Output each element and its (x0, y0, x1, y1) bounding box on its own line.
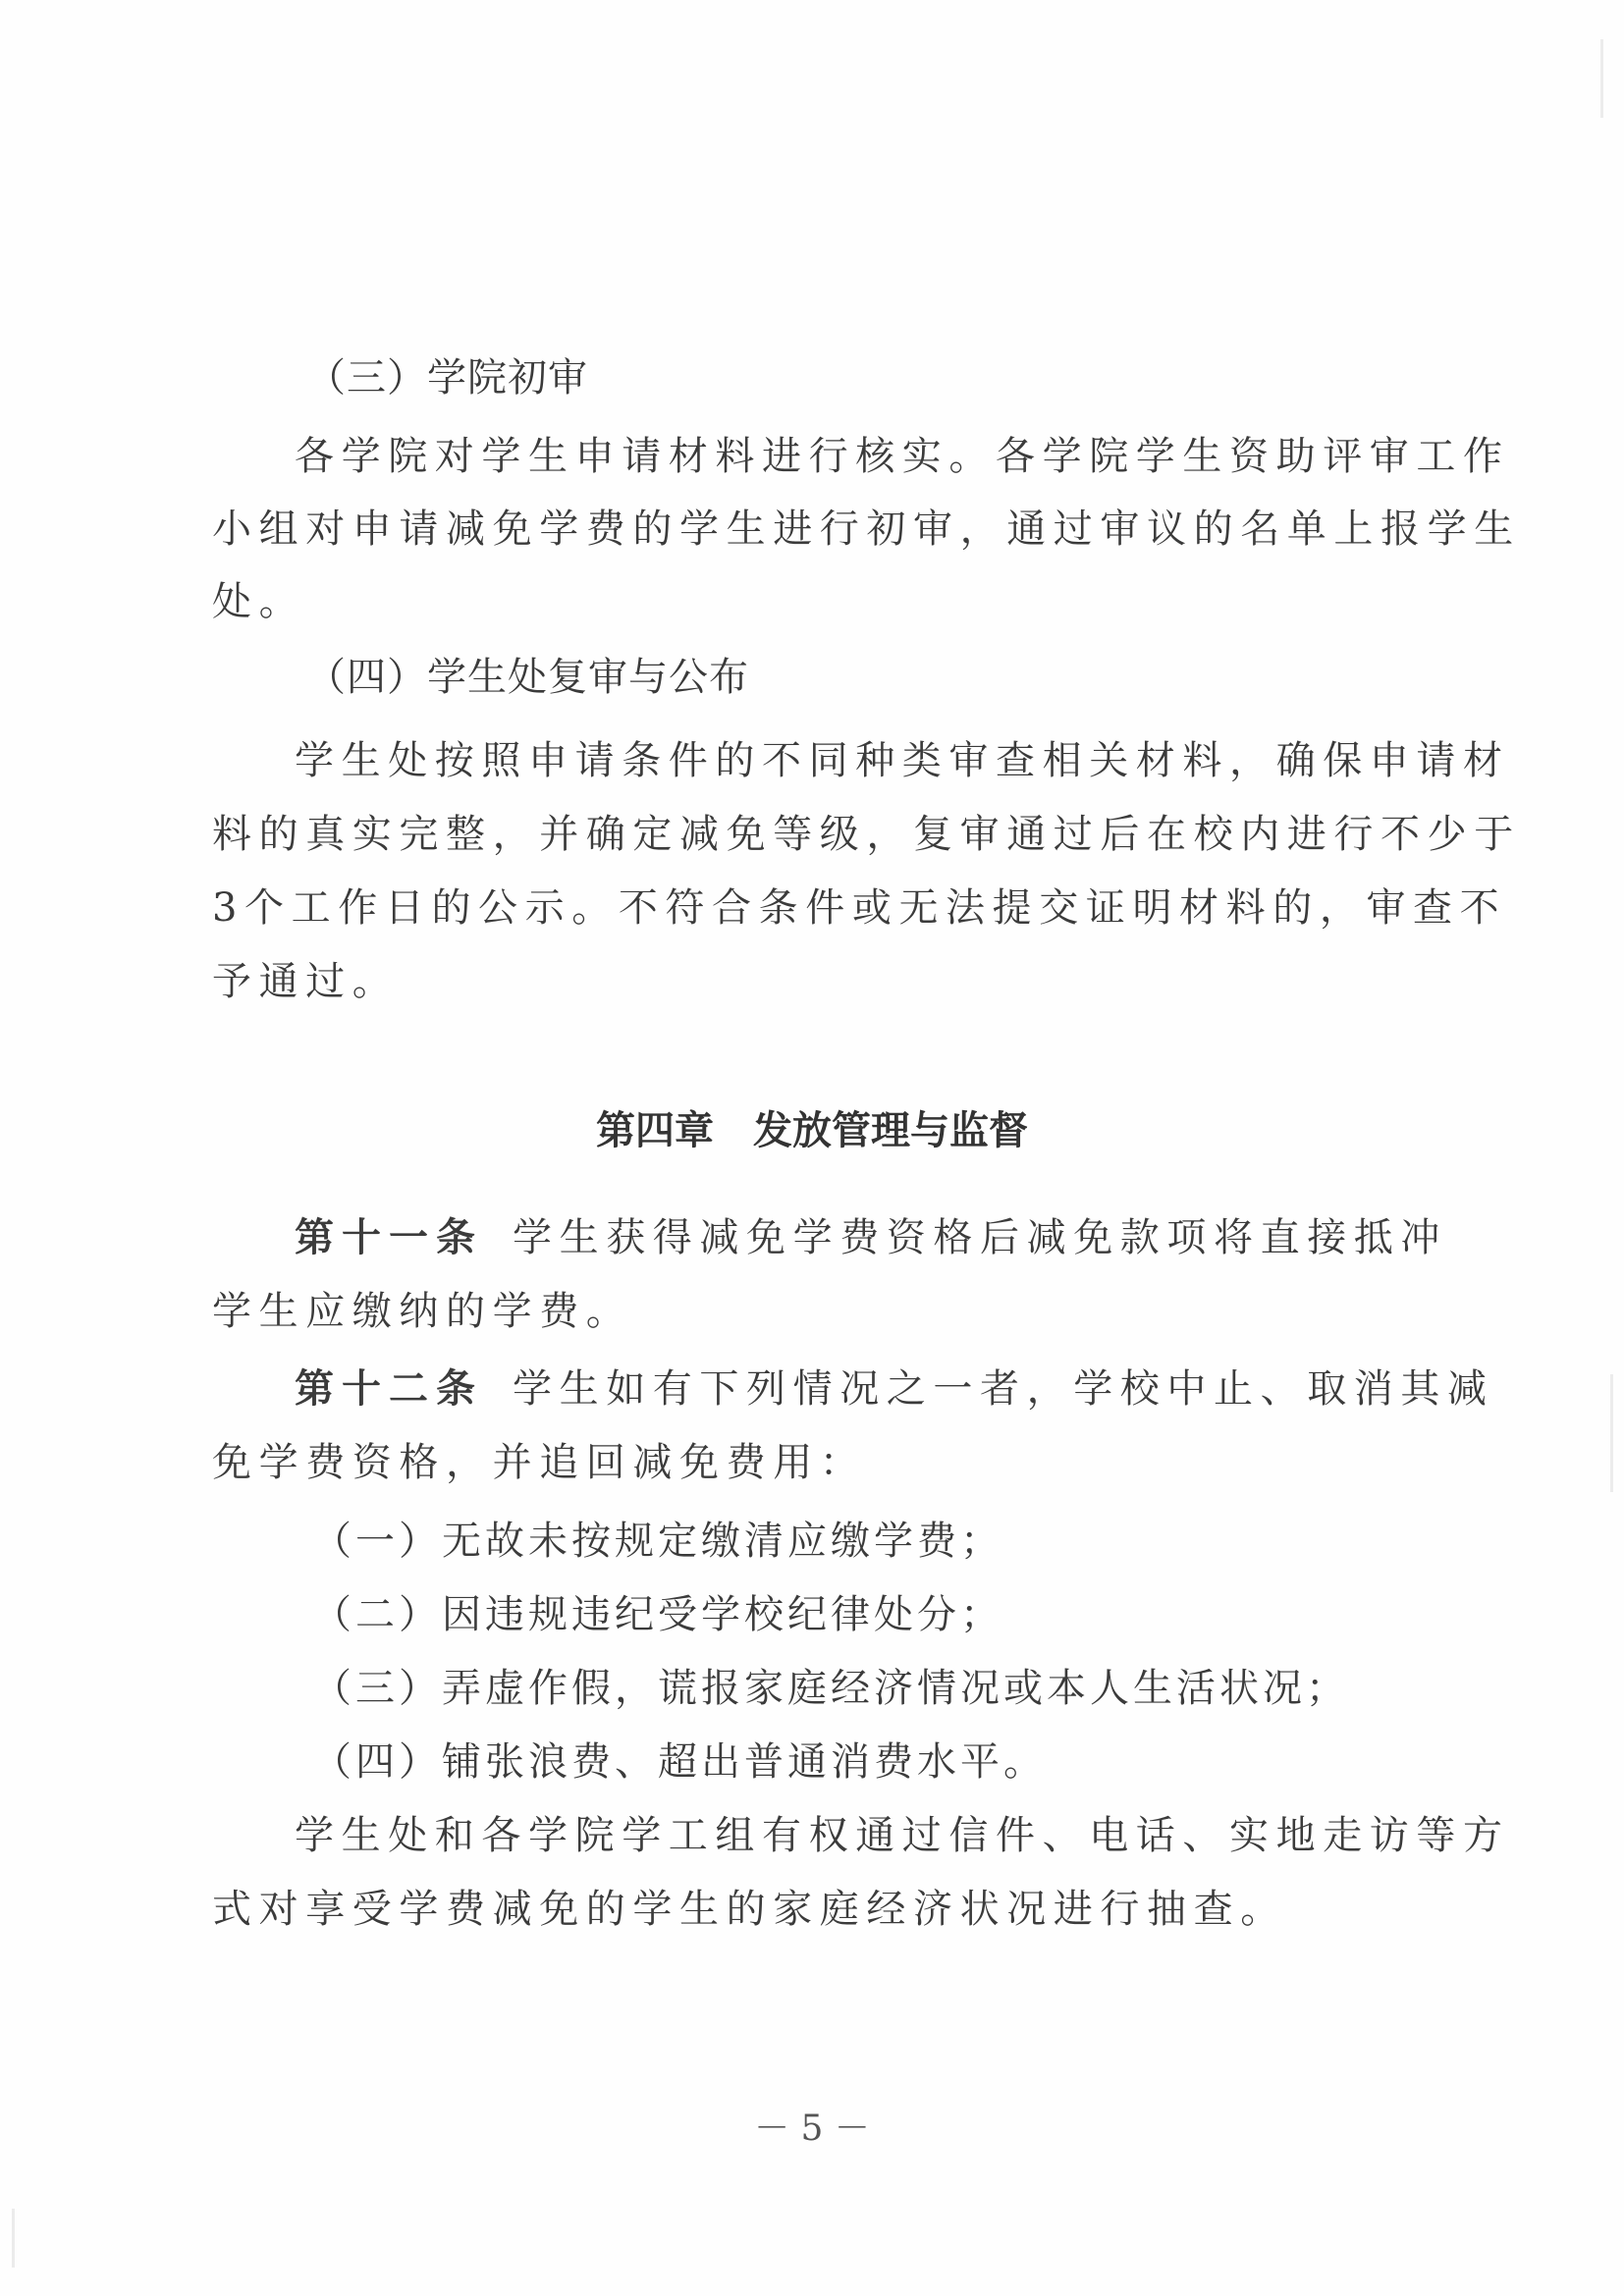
list-item: （三）弄虚作假，谎报家庭经济情况或本人生活状况； (312, 1665, 1349, 1712)
article-text: 学生如有下列情况之一者，学校中止、取消其减 (513, 1366, 1494, 1412)
document-page: （三）学院初审 各学院对学生申请材料进行核实。各学院学生资助评审工作 小组对申请… (0, 0, 1624, 2296)
list-item: （二）因违规违纪受学校纪律处分； (312, 1591, 1003, 1638)
paragraph-line: 处。 (212, 578, 1402, 625)
paragraph-line: 学生处按照申请条件的不同种类审查相关材料，确保申请材 (295, 737, 1404, 784)
chapter-heading: 第四章发放管理与监督 (0, 1107, 1624, 1154)
chapter-number: 第四章 (596, 1108, 714, 1153)
paragraph-line: 3个工作日的公示。不符合条件或无法提交证明材料的，审查不 (212, 884, 1402, 932)
scan-edge-mark (1600, 39, 1603, 118)
paragraph-line: 予通过。 (212, 958, 1402, 1005)
chapter-title: 发放管理与监督 (753, 1108, 1028, 1153)
paragraph-line: 各学院对学生申请材料进行核实。各学院学生资助评审工作 (295, 433, 1404, 480)
article-12: 第十二条学生如有下列情况之一者，学校中止、取消其减 (295, 1365, 1404, 1413)
list-item: （一）无故未按规定缴清应缴学费； (312, 1518, 1003, 1565)
page-number: － 5 － (0, 2101, 1624, 2151)
list-item: （四）铺张浪费、超出普通消费水平。 (312, 1738, 1047, 1786)
section-heading-student-office-review: （四）学生处复审与公布 (306, 654, 749, 701)
article-11: 第十一条学生获得减免学费资格后减免款项将直接抵冲 (295, 1214, 1404, 1261)
section-heading-college-review: （三）学院初审 (306, 354, 588, 401)
paragraph-line: 学生应缴纳的学费。 (212, 1288, 1402, 1335)
scan-edge-mark (12, 2209, 15, 2268)
article-label: 第十二条 (295, 1366, 483, 1412)
paragraph-line: 式对享受学费减免的学生的家庭经济状况进行抽查。 (212, 1886, 1402, 1933)
paragraph-line: 料的真实完整，并确定减免等级，复审通过后在校内进行不少于 (212, 811, 1402, 858)
scan-edge-mark (1610, 1374, 1613, 1492)
article-text: 学生获得减免学费资格后减免款项将直接抵冲 (513, 1215, 1447, 1260)
paragraph-line: 免学费资格，并追回减免费用： (212, 1439, 1402, 1486)
paragraph-line: 学生处和各学院学工组有权通过信件、电话、实地走访等方 (295, 1812, 1404, 1859)
article-label: 第十一条 (295, 1215, 483, 1260)
paragraph-line: 小组对申请减免学费的学生进行初审，通过审议的名单上报学生 (212, 506, 1402, 553)
